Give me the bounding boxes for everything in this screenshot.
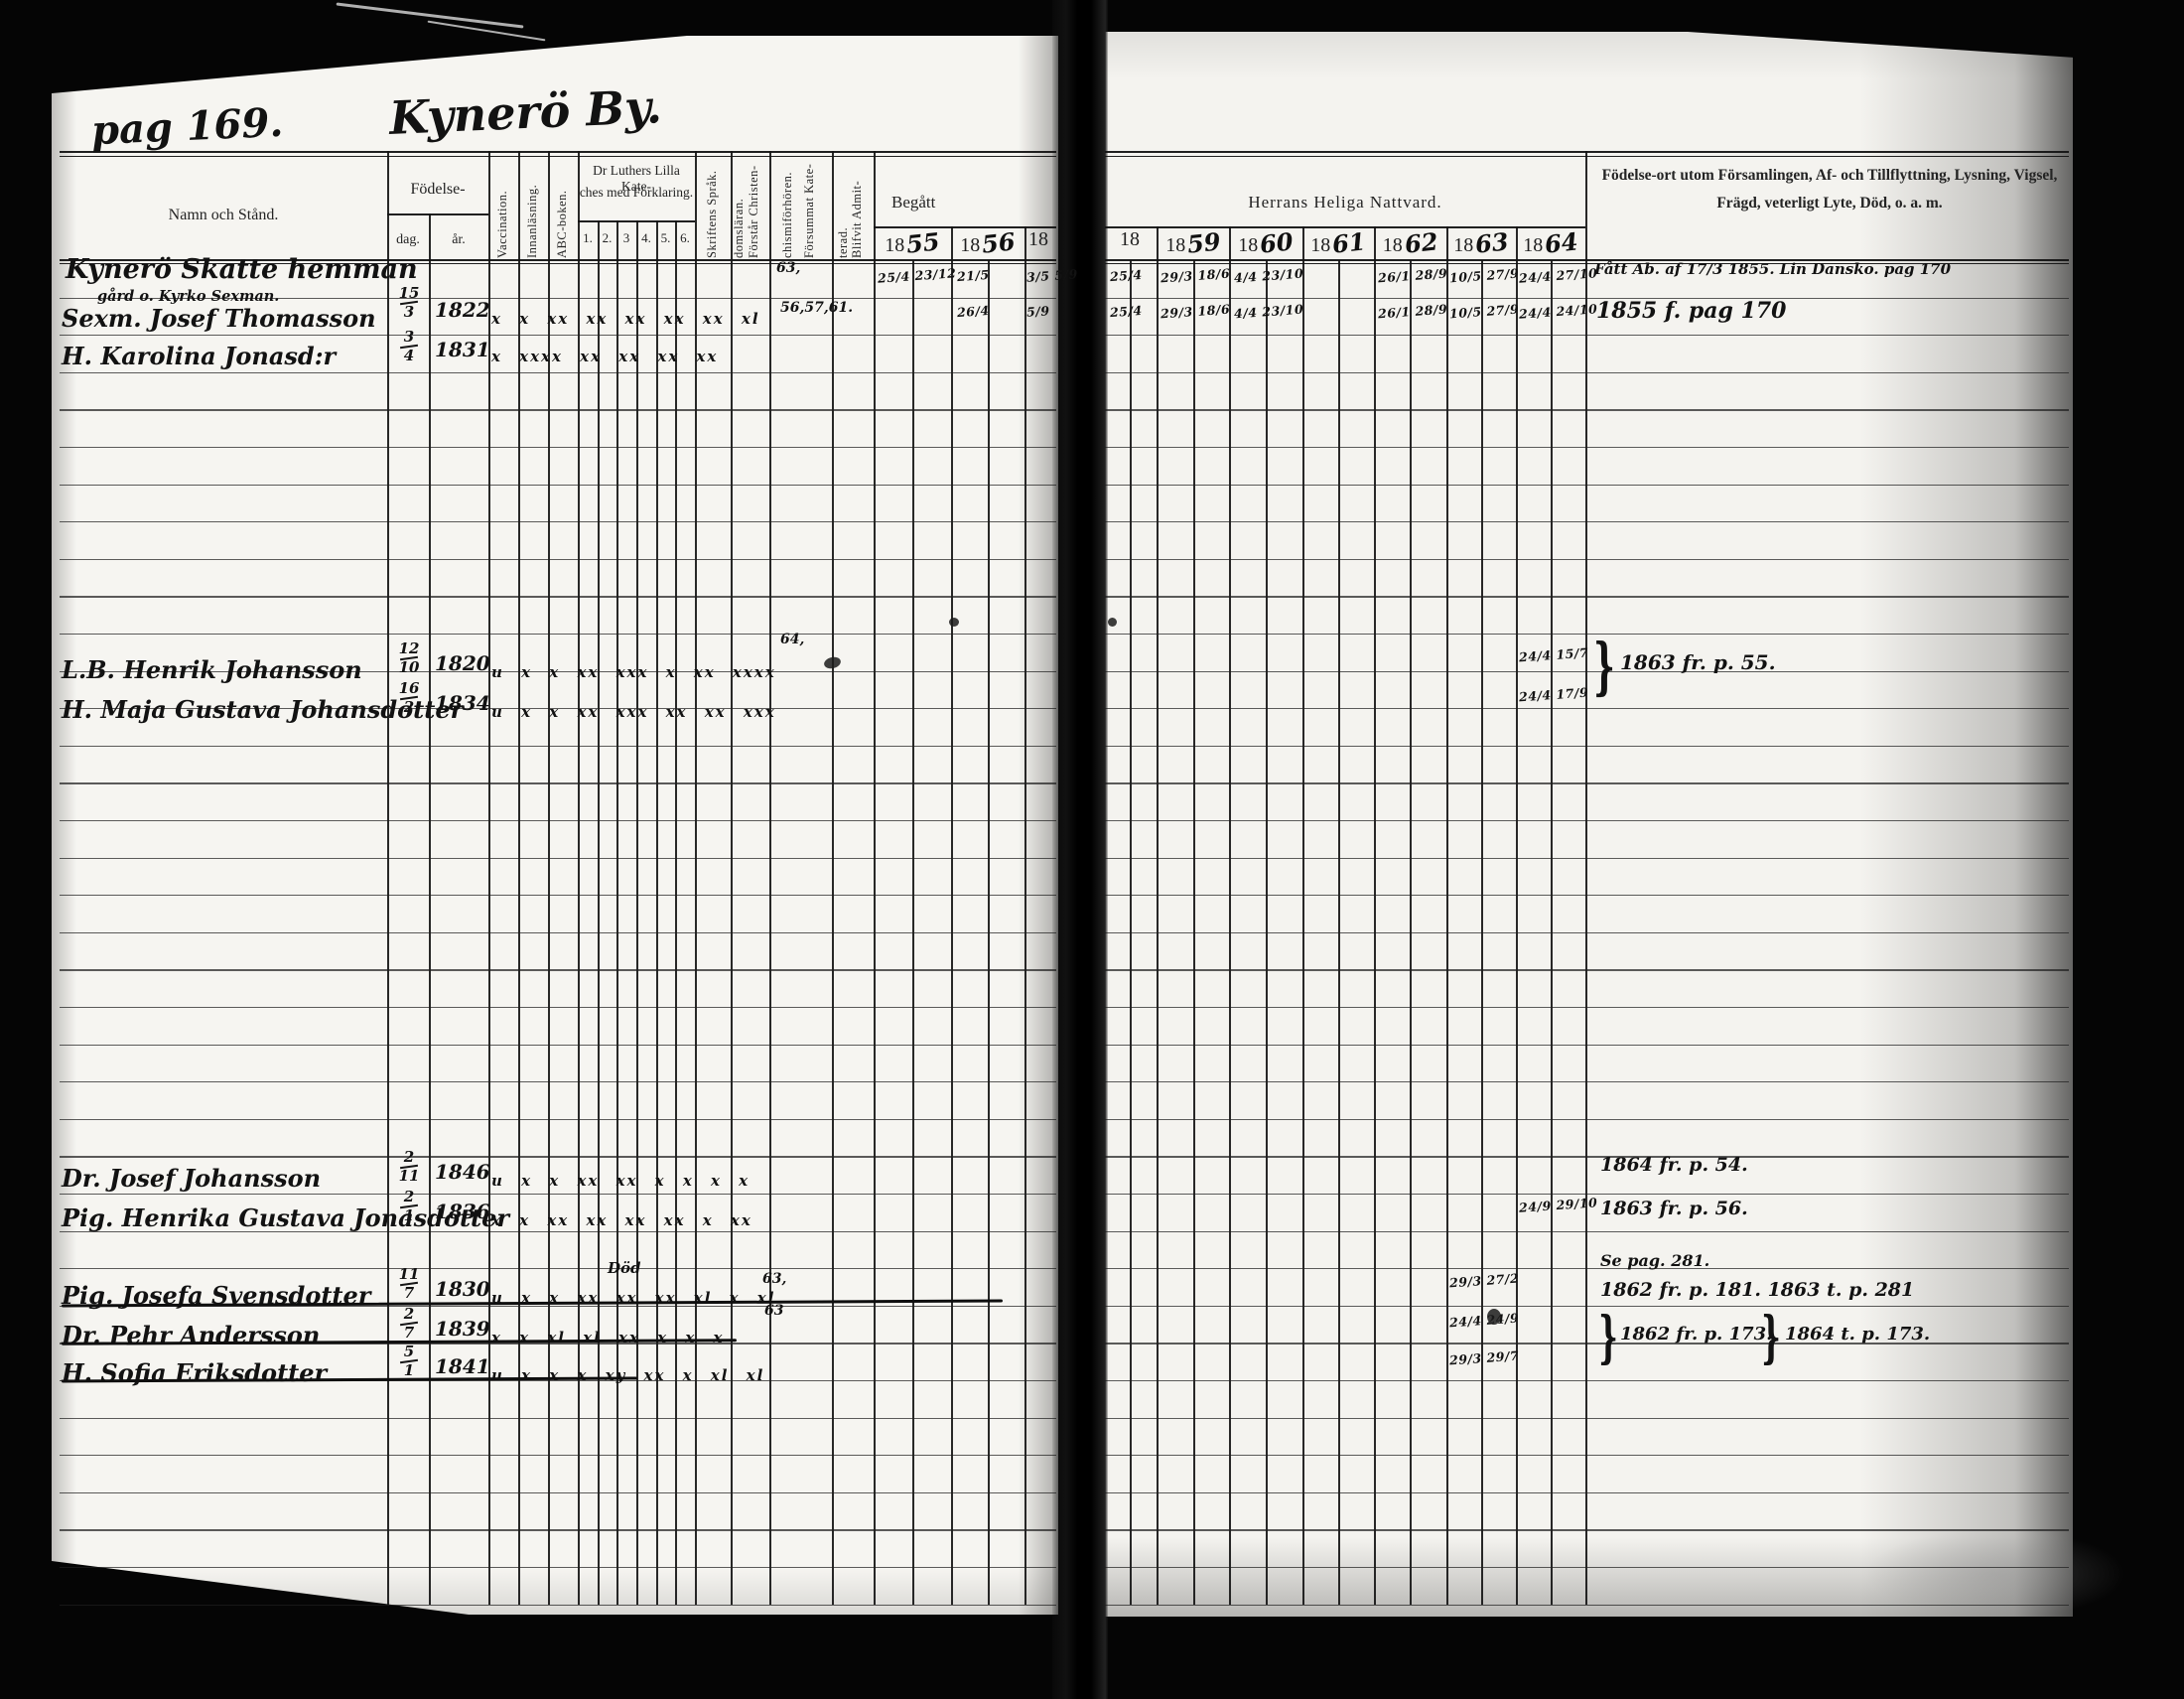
grid-line (60, 1418, 1056, 1419)
grid-line (387, 213, 488, 215)
birth-fraction: 34 (393, 330, 425, 363)
birth-day: 2 (404, 1188, 414, 1205)
grid-line (60, 820, 1056, 821)
reading-marks: u x x x xy xx x xl xl (491, 1366, 764, 1384)
year-cell-1858: 18 (1106, 228, 1156, 251)
grid-line (60, 1268, 1056, 1269)
grid-line (656, 220, 658, 1605)
margin-note: Se pag. 281. (1600, 1251, 1709, 1270)
grid-line (1105, 1529, 2069, 1530)
grid-line (1105, 1455, 2069, 1456)
grid-line (1105, 1492, 2069, 1493)
reading-marks: u x x xx xx x x x x (491, 1172, 750, 1190)
birth-fraction: 153 (393, 286, 425, 320)
reading-marks: x x xx xx xx xx x xx (491, 1211, 752, 1229)
ink-blot (949, 618, 959, 627)
birth-month: 1 (404, 1361, 414, 1379)
col-header-katekes-n2: 2. (598, 230, 616, 246)
grid-line (1105, 1119, 2069, 1120)
grid-line (1105, 1380, 2069, 1381)
brace-mark (1584, 630, 1624, 702)
ink-blot (1108, 618, 1117, 627)
grid-line (1105, 409, 2069, 410)
col-header-abc: ABC-boken. (555, 157, 570, 258)
grid-line (60, 372, 1056, 373)
communion-entry: 26/4 (957, 303, 991, 320)
grid-line (832, 151, 834, 1605)
grid-line (60, 1492, 1056, 1493)
year-printed: 18 (1165, 234, 1185, 256)
grid-line (60, 596, 1056, 597)
birth-day: 2 (404, 1148, 414, 1166)
grid-line (1105, 485, 2069, 486)
year-cell-1862: 1862 (1376, 228, 1444, 257)
birth-fraction: 21 (393, 1190, 425, 1223)
grid-line (518, 151, 520, 1605)
birth-fraction: 51 (393, 1345, 425, 1378)
col-header-begatt: Begått (891, 193, 935, 212)
grid-line (1105, 1418, 2069, 1419)
year-script: 61 (1331, 226, 1367, 258)
year-script: 59 (1186, 226, 1222, 258)
grid-line (1585, 151, 1587, 1605)
grid-line (60, 447, 1056, 448)
grid-line (1516, 226, 1518, 1605)
birth-year: 1834 (435, 691, 490, 715)
grid-line (675, 220, 677, 1605)
margin-note: 1864 t. p. 173. (1785, 1324, 1930, 1345)
col-header-skrift: Skriftens Språk. (705, 157, 720, 258)
register-scan: pag 169. Kynerö By. Namn och Stånd. Föde… (0, 0, 2184, 1699)
grid-line (429, 213, 431, 1605)
year-script: 60 (1259, 226, 1295, 258)
forstar-note: 63 (764, 1303, 783, 1319)
margin-note: Fått Ab. af 17/3 1855. Lin Dansko. pag 1… (1594, 260, 1951, 278)
birth-year: 1841 (435, 1354, 490, 1378)
col-header-name: Namn och Stånd. (89, 207, 357, 224)
reading-marks: u x x xx xxx xx xx xxx (491, 703, 776, 721)
grid-line (598, 220, 600, 1605)
grid-line (1302, 226, 1304, 1605)
grid-line (1105, 1156, 2069, 1157)
grid-line (1105, 151, 2069, 153)
grid-line (578, 220, 695, 222)
year-cell-1857: 18 (1024, 228, 1062, 251)
grid-line (60, 1529, 1056, 1530)
birth-day: 3 (404, 328, 414, 346)
grid-line (636, 220, 638, 1605)
margin-note: 1855 f. pag 170 (1596, 298, 1787, 324)
grid-line (60, 634, 1056, 635)
grid-line (1105, 858, 2069, 859)
ink-blot (1487, 1309, 1501, 1325)
grid-line (1105, 1567, 2069, 1568)
margin-note: 1863 fr. p. 55. (1620, 650, 1776, 674)
birth-month: 11 (399, 1167, 420, 1185)
grid-line (731, 151, 733, 1605)
year-printed: 18 (1383, 234, 1403, 256)
reading-marks: u x x xx xxx x xx xxxx (491, 663, 776, 681)
birth-day: 11 (399, 1265, 420, 1283)
col-header-blifvit-1: Blifvit Admit- (850, 157, 865, 258)
death-note: Död (608, 1259, 641, 1277)
grid-line (1105, 782, 2069, 783)
col-header-katekes-n6: 6. (675, 230, 695, 246)
grid-line (488, 151, 490, 1605)
forstar-note: 63, (762, 1271, 786, 1287)
row-name: L.B. Henrik Johansson (62, 655, 362, 684)
birth-fraction: 1210 (393, 641, 425, 675)
birth-month: 7 (404, 1284, 414, 1302)
household-subtitle: gård o. Kyrko Sexman. (97, 288, 279, 305)
row-name: Sexm. Josef Thomasson (62, 304, 376, 333)
grid-line (1105, 1605, 2069, 1606)
col-header-notes-2: Frägd, veterligt Lyte, Död, o. a. m. (1596, 195, 2063, 212)
grid-line (60, 1455, 1056, 1456)
margin-note: 1862 fr. p. 173. (1620, 1324, 1772, 1345)
year-printed: 18 (1310, 234, 1330, 256)
scan-edge-top-right (1688, 32, 2075, 58)
grid-line (1105, 1007, 2069, 1008)
grid-line (951, 226, 953, 1605)
row-name: Dr. Josef Johansson (62, 1164, 321, 1193)
grid-line (874, 151, 876, 1605)
col-header-katekes-n4: 4. (636, 230, 656, 246)
grid-line (1105, 969, 2069, 970)
grid-line (60, 1605, 1056, 1606)
grid-line (1157, 226, 1159, 1605)
grid-line (60, 485, 1056, 486)
grid-line (60, 1194, 1056, 1195)
grid-line (60, 1567, 1056, 1568)
page-number: pag 169. (90, 99, 284, 154)
year-cell-1859: 1859 (1159, 228, 1228, 257)
grid-line (695, 151, 697, 1605)
grid-line (1024, 226, 1026, 1605)
birth-fraction: 117 (393, 1267, 425, 1301)
col-header-birth-day: dag. (387, 232, 429, 248)
col-header-forsummat-2: chismiförhören. (780, 157, 795, 258)
birth-year: 1820 (435, 651, 490, 675)
col-header-notes-1: Födelse-ort utom Församlingen, Af- och T… (1596, 167, 2063, 185)
birth-day: 16 (399, 679, 420, 697)
grid-line (1105, 1081, 2069, 1082)
grid-line (60, 858, 1056, 859)
col-header-birth: Födelse- (387, 181, 488, 199)
scan-edge-bottom-left (52, 1561, 469, 1615)
grid-line (60, 521, 1056, 522)
birth-month: 2 (404, 698, 414, 716)
birth-month: 10 (399, 658, 420, 676)
year-cell-1855: 1855 (876, 228, 949, 257)
birth-day: 15 (399, 284, 420, 302)
grid-line (1105, 559, 2069, 560)
grid-line (1105, 156, 2069, 157)
grid-line (1105, 372, 2069, 373)
grid-line (769, 151, 771, 1605)
year-cell-1861: 1861 (1304, 228, 1372, 257)
row-name: H. Sofia Eriksdotter (62, 1358, 327, 1387)
brace-mark (1753, 1305, 1789, 1370)
grid-line (60, 1081, 1056, 1082)
grid-line (60, 335, 1056, 336)
grid-line (1229, 226, 1231, 1605)
year-script: 64 (1544, 226, 1579, 258)
birth-fraction: 27 (393, 1307, 425, 1341)
birth-year: 1822 (435, 298, 490, 322)
communion-entry: 5/9 (1026, 303, 1050, 320)
grid-line (60, 932, 1056, 933)
grid-line (60, 782, 1056, 783)
year-script: 55 (905, 226, 941, 258)
birth-month: 4 (404, 347, 414, 364)
forsummat-note: 64, (780, 632, 804, 647)
year-script: 56 (981, 226, 1017, 258)
grid-line (60, 746, 1056, 747)
year-printed: 18 (1028, 228, 1048, 250)
year-cell-1860: 1860 (1231, 228, 1300, 257)
col-header-forstar-2: domsläran. (732, 157, 747, 258)
birth-month: 3 (404, 303, 414, 321)
birth-year: 1830 (435, 1277, 490, 1301)
year-printed: 18 (885, 234, 904, 256)
forsummat-note: 56,57,61. (780, 300, 853, 316)
birth-fraction: 162 (393, 681, 425, 715)
col-header-katekes-n3: 3 (616, 230, 636, 246)
grid-line (60, 895, 1056, 896)
birth-year: 1846 (435, 1160, 490, 1184)
grid-line (1105, 708, 2069, 709)
grid-line (1105, 746, 2069, 747)
col-header-katekes-n5: 5. (656, 230, 675, 246)
year-printed: 18 (1238, 234, 1258, 256)
col-header-forstar-1: Förstår Christen- (747, 157, 761, 258)
birth-year: 1831 (435, 338, 490, 361)
grid-line (1105, 521, 2069, 522)
household-title: Kynerö Skatte hemman (66, 254, 418, 285)
birth-year: 1839 (435, 1317, 490, 1341)
communion-entry: 25/4 (1110, 267, 1144, 284)
grid-line (387, 151, 389, 1605)
grid-line (1105, 1231, 2069, 1232)
birth-month: 1 (404, 1206, 414, 1224)
col-header-katekes-2: ches med Förklaring. (578, 185, 695, 201)
reading-marks: x x xl xl xx x x x (491, 1329, 724, 1346)
row-name: Dr. Pehr Andersson (62, 1321, 320, 1349)
grid-line (60, 1045, 1056, 1046)
birth-year: 1836 (435, 1200, 490, 1223)
col-header-vaccination: Vaccination. (495, 157, 510, 258)
year-printed: 18 (1523, 234, 1543, 256)
communion-entry: 21/5 (957, 267, 991, 284)
grid-line (1105, 895, 2069, 896)
birth-fraction: 211 (393, 1150, 425, 1184)
col-header-katekes-n1: 1. (578, 230, 598, 246)
grid-line (60, 409, 1056, 410)
grid-line (1105, 820, 2069, 821)
grid-line (60, 559, 1056, 560)
grid-line (1105, 1045, 2069, 1046)
col-header-blifvit-2: terad. (836, 157, 851, 258)
grid-line (1446, 226, 1448, 1605)
year-printed: 18 (1453, 234, 1473, 256)
year-cell-1863: 1863 (1448, 228, 1514, 257)
col-header-nattvard: Herrans Heliga Nattvard. (1147, 193, 1544, 212)
birth-day: 2 (404, 1305, 414, 1323)
grid-line (1105, 1268, 2069, 1269)
birth-day: 12 (399, 639, 420, 657)
year-cell-1856: 1856 (953, 228, 1023, 257)
grid-line (60, 151, 1056, 153)
grid-line (578, 151, 580, 1605)
row-name: H. Karolina Jonasd:r (62, 342, 336, 370)
grid-line (1105, 447, 2069, 448)
forstar-note: 63, (776, 260, 800, 276)
year-script: 63 (1474, 226, 1510, 258)
grid-line (1105, 298, 2069, 299)
year-printed: 18 (1120, 228, 1140, 250)
book-gutter (1052, 0, 1108, 1699)
margin-note: 1863 fr. p. 56. (1600, 1198, 1748, 1219)
year-script: 62 (1403, 226, 1438, 258)
reading-marks: x xxxx xx xx xx xx (491, 348, 718, 365)
grid-line (1105, 596, 2069, 597)
col-header-innanlasning: Innanläsning. (525, 157, 540, 258)
grid-line (60, 1119, 1056, 1120)
col-header-forsummat-1: Försummat Kate- (802, 157, 817, 258)
grid-line (616, 220, 618, 1605)
grid-line (1374, 226, 1376, 1605)
grid-line (1105, 932, 2069, 933)
margin-note: 1864 fr. p. 54. (1600, 1154, 1748, 1176)
birth-month: 7 (404, 1324, 414, 1342)
communion-entry: 25/4 (1110, 303, 1144, 320)
col-header-birth-year: år. (429, 232, 488, 248)
year-printed: 18 (960, 234, 980, 256)
year-cell-1864: 1864 (1518, 228, 1583, 257)
birth-day: 5 (404, 1343, 414, 1360)
grid-line (60, 969, 1056, 970)
grid-line (1105, 335, 2069, 336)
reading-marks: x x xx xx xx xx xx xl (491, 310, 760, 328)
grid-line (60, 1156, 1056, 1157)
grid-line (60, 1007, 1056, 1008)
grid-line (548, 151, 550, 1605)
grid-line (1105, 1306, 2069, 1307)
margin-note: 1862 fr. p. 181. 1863 t. p. 281 (1600, 1279, 1914, 1301)
scan-scratch (337, 2, 524, 28)
